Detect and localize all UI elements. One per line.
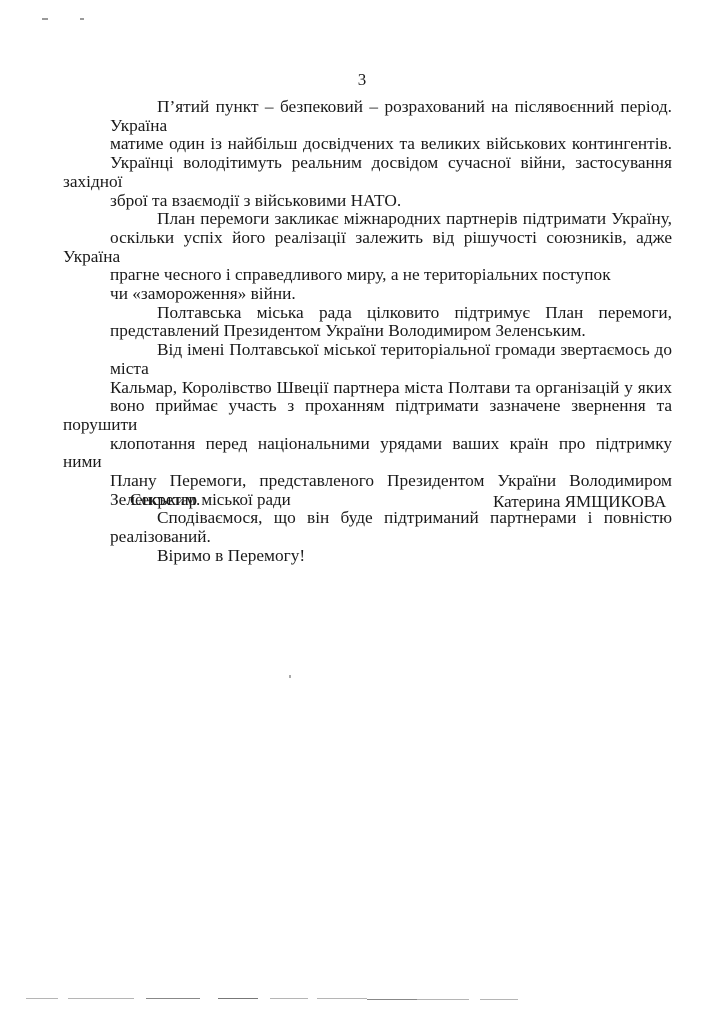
text-line: Сподіваємося, що він буде підтриманий па… — [110, 509, 672, 528]
footer-line — [218, 998, 258, 999]
scan-speck — [289, 675, 291, 678]
page-number: 3 — [0, 70, 724, 90]
paragraph-security-point: П’ятий пункт – безпековий – розрахований… — [110, 98, 672, 210]
scan-mark-left — [42, 18, 48, 20]
text-line: Полтавська міська рада цілковито підтрим… — [110, 304, 672, 323]
text-line: представлений Президентом України Володи… — [63, 322, 672, 341]
paragraph-appeal-to-kalmar: Від імені Полтавської міської територіал… — [110, 341, 672, 509]
footer-line — [317, 998, 367, 999]
footer-line — [270, 998, 308, 999]
text-line: зброї та взаємодії з військовими НАТО. — [63, 192, 672, 211]
text-line: Плану Перемоги, представленого Президент… — [63, 472, 672, 491]
footer-line — [367, 999, 417, 1000]
text-line: клопотання перед національними урядами в… — [63, 435, 672, 472]
paragraph-victory-plan-call: План перемоги закликає міжнародних партн… — [110, 210, 672, 304]
footer-line — [146, 998, 200, 999]
paragraph-closing: Віримо в Перемогу! — [110, 547, 672, 566]
scan-mark-right — [80, 18, 84, 20]
text-line: Кальмар, Королівство Швеції партнера міс… — [63, 379, 672, 398]
paragraph-city-council-support: Полтавська міська рада цілковито підтрим… — [110, 304, 672, 341]
text-line: чи «замороження» війни. — [63, 285, 672, 304]
text-line: реалізований. — [63, 528, 672, 547]
signatory-name: Катерина ЯМЩИКОВА — [493, 492, 666, 512]
text-line: воно приймає участь з проханням підтрима… — [63, 397, 672, 434]
text-line: прагне чесного і справедливого миру, а н… — [63, 266, 672, 285]
paragraph-hope: Сподіваємося, що він буде підтриманий па… — [110, 509, 672, 546]
footer-line — [26, 998, 58, 999]
text-line: оскільки успіх його реалізації залежить … — [63, 229, 672, 266]
text-line: План перемоги закликає міжнародних партн… — [110, 210, 672, 229]
text-line: Від імені Полтавської міської територіал… — [110, 341, 672, 378]
footer-line — [68, 998, 134, 999]
signatory-position: Секретар міської ради — [130, 490, 291, 510]
footer-line — [417, 999, 469, 1000]
text-line: Українці володітимуть реальним досвідом … — [63, 154, 672, 191]
text-line: П’ятий пункт – безпековий – розрахований… — [110, 98, 672, 135]
text-line: Віримо в Перемогу! — [110, 547, 672, 566]
footer-scan-lines — [0, 998, 724, 1002]
text-line: матиме один із найбільш досвідчених та в… — [63, 135, 672, 154]
footer-line — [480, 999, 518, 1000]
